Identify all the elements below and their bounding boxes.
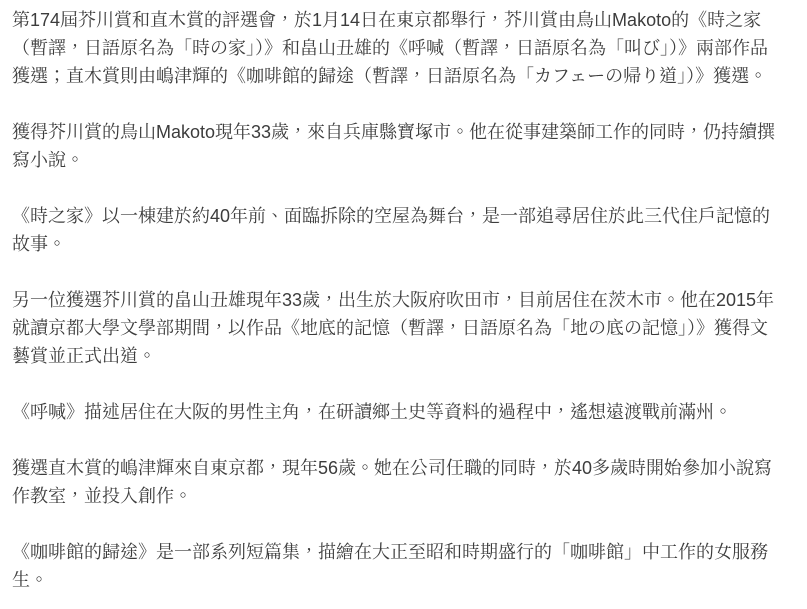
text-line: 獲選直木賞的嶋津輝來自東京都，現年56歲。她在公司任職的同時，於40多歲時開始參… [12, 454, 795, 482]
text-line: 《呼喊》描述居住在大阪的男性主角，在研讀鄉土史等資料的過程中，遙想遠渡戰前滿州。 [12, 398, 795, 426]
paragraph-shimazu-profile: 獲選直木賞的嶋津輝來自東京都，現年56歲。她在公司任職的同時，於40多歲時開始參… [12, 454, 795, 510]
page: { "page": { "background_color": "#ffffff… [0, 0, 807, 609]
paragraph-hatakeyama-profile: 另一位獲選芥川賞的畠山丑雄現年33歲，出生於大阪府吹田市，目前居住在茨木市。他在… [12, 286, 795, 370]
text-line: 《咖啡館的歸途》是一部系列短篇集，描繪在大正至昭和時期盛行的「咖啡館」中工作的女… [12, 538, 795, 566]
text-line: 寫小說。 [12, 146, 795, 174]
text-line: 第174屆芥川賞和直木賞的評選會，於1月14日在東京都舉行，芥川賞由鳥山Mako… [12, 6, 795, 34]
text-line: 作教室，並投入創作。 [12, 482, 795, 510]
text-line: 故事。 [12, 230, 795, 258]
text-line: （暫譯，日語原名為「時の家」）》和畠山丑雄的《呼喊（暫譯，日語原名為「叫び」）》… [12, 34, 795, 62]
text-line: 生。 [12, 566, 795, 594]
paragraph-prize-announcement: 第174屆芥川賞和直木賞的評選會，於1月14日在東京都舉行，芥川賞由鳥山Mako… [12, 6, 795, 90]
paragraph-sakebi-summary: 《呼喊》描述居住在大阪的男性主角，在研讀鄉土史等資料的過程中，遙想遠渡戰前滿州。 [12, 398, 795, 426]
paragraph-tokinoie-summary: 《時之家》以一棟建於約40年前、面臨拆除的空屋為舞台，是一部追尋居住於此三代住戶… [12, 202, 795, 258]
text-line: 獲選；直木賞則由嶋津輝的《咖啡館的歸途（暫譯，日語原名為「カフェーの帰り道」）》… [12, 62, 795, 90]
text-line: 就讀京都大學文學部期間，以作品《地底的記憶（暫譯，日語原名為「地の底の記憶」）》… [12, 314, 795, 342]
text-line: 藝賞並正式出道。 [12, 342, 795, 370]
article-body: 第174屆芥川賞和直木賞的評選會，於1月14日在東京都舉行，芥川賞由鳥山Mako… [0, 0, 807, 609]
text-line: 《時之家》以一棟建於約40年前、面臨拆除的空屋為舞台，是一部追尋居住於此三代住戶… [12, 202, 795, 230]
paragraph-cafe-summary: 《咖啡館的歸途》是一部系列短篇集，描繪在大正至昭和時期盛行的「咖啡館」中工作的女… [12, 538, 795, 594]
text-line: 另一位獲選芥川賞的畠山丑雄現年33歲，出生於大阪府吹田市，目前居住在茨木市。他在… [12, 286, 795, 314]
text-line: 獲得芥川賞的鳥山Makoto現年33歲，來自兵庫縣寶塚市。他在從事建築師工作的同… [12, 118, 795, 146]
paragraph-toriyama-profile: 獲得芥川賞的鳥山Makoto現年33歲，來自兵庫縣寶塚市。他在從事建築師工作的同… [12, 118, 795, 174]
